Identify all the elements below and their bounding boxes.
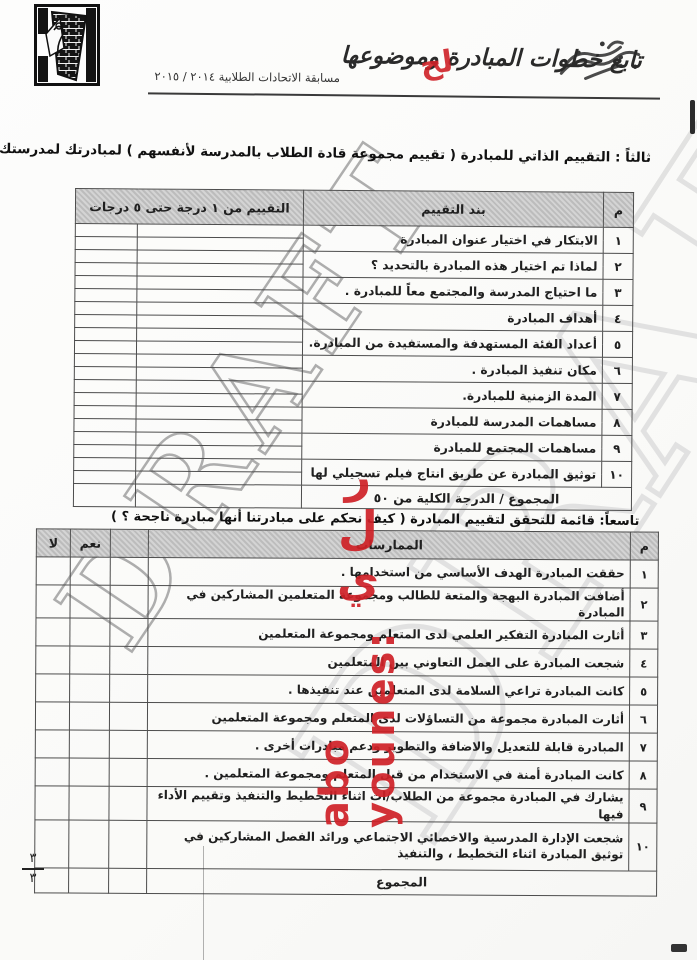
- checklist-row: ١٠شجعت الإدارة المدرسية والاخصائي الاجتم…: [35, 820, 657, 871]
- self-eval-table-body: ١الابتكار في اختيار عنوان المبادرة٢لماذا…: [74, 224, 634, 488]
- eval-item-text: ما احتياج المدرسة والمجتمع معاً للمبادرة…: [303, 277, 603, 305]
- checklist-row: ٣أثارت المبادرة التفكير العلمي لدى المتع…: [36, 618, 658, 649]
- eval-item-text: لماذا تم اختيار هذه المبادرة بالتحديد ؟: [303, 251, 603, 279]
- score-cell[interactable]: [137, 263, 303, 277]
- score-cell[interactable]: [75, 224, 137, 237]
- page-number-top: ٣: [22, 852, 44, 866]
- score-cell[interactable]: [74, 458, 136, 471]
- col-header-number: م: [603, 192, 633, 227]
- score-cell[interactable]: [136, 432, 302, 446]
- header-underline: [148, 92, 660, 99]
- blank-cell[interactable]: [109, 759, 147, 787]
- yes-cell[interactable]: [69, 786, 109, 820]
- practice-text: أثارت المبادرة التفكير العلمي لدى المتعل…: [148, 619, 630, 650]
- score-cell[interactable]: [75, 263, 137, 276]
- row-number: ٧: [629, 733, 657, 761]
- row-number: ٢: [630, 588, 658, 622]
- yes-cell[interactable]: [70, 674, 110, 702]
- table-header-row: م الممارسات نعم لا: [36, 529, 658, 560]
- score-cell[interactable]: [137, 224, 303, 238]
- score-cell[interactable]: [75, 276, 137, 289]
- practice-text: حققت المبادرة الهدف الأساسي من استخدامها…: [148, 557, 630, 588]
- checklist-row: ٥كانت المبادرة تراعي السلامة لدى المتعلم…: [36, 674, 658, 705]
- score-cell[interactable]: [75, 250, 137, 263]
- score-cell[interactable]: [136, 445, 302, 459]
- row-number: ٥: [630, 677, 658, 705]
- score-cell[interactable]: [74, 419, 136, 432]
- no-cell[interactable]: [36, 557, 70, 585]
- score-cell[interactable]: [136, 419, 302, 433]
- col-header-no: لا: [36, 529, 70, 557]
- score-cell[interactable]: [74, 367, 136, 380]
- blank-cell[interactable]: [110, 557, 148, 585]
- blank-cell[interactable]: [110, 675, 148, 703]
- blank-cell[interactable]: [110, 619, 148, 647]
- practice-text: يشارك في المبادرة مجموعة من الطلاب/ات اث…: [147, 787, 629, 823]
- blank-cell[interactable]: [109, 787, 147, 821]
- yes-cell[interactable]: [69, 702, 109, 730]
- scanned-document-page: DRAFT DRAFT: [0, 0, 697, 960]
- practice-text: شجعت المبادرة على العمل التعاوني بين الم…: [148, 647, 630, 678]
- score-cell[interactable]: [74, 432, 136, 445]
- no-cell[interactable]: [36, 618, 70, 646]
- score-cell[interactable]: [137, 315, 303, 329]
- yes-cell[interactable]: [70, 618, 110, 646]
- yes-cell[interactable]: [69, 758, 109, 786]
- row-number: ٩: [602, 435, 632, 461]
- score-cell[interactable]: [136, 393, 302, 407]
- row-number: ١: [603, 227, 633, 253]
- checklist-row: ٦أثارت المبادرة مجموعة من التساؤلات لدى …: [35, 702, 657, 733]
- total-row: المجموع / الدرجة الكلية من ٥٠: [73, 484, 631, 511]
- practice-text: شجعت الإدارة المدرسية والاخصائي الاجتماع…: [147, 820, 629, 871]
- checklist-row: ٨كانت المبادرة أمنة في الاستخدام من قبل …: [35, 758, 657, 789]
- no-cell[interactable]: [35, 758, 69, 786]
- yes-cell[interactable]: [70, 557, 110, 585]
- row-number: ١٠: [629, 823, 657, 871]
- row-number: ٢: [603, 253, 633, 279]
- competition-label: مسابقة الاتحادات الطلابية ٢٠١٤ / ٢٠١٥: [150, 69, 340, 85]
- row-number: ٤: [603, 305, 633, 331]
- yes-cell[interactable]: [69, 730, 109, 758]
- eval-item-text: توثيق المبادرة عن طريق انتاج فيلم تسجيلي…: [302, 459, 602, 487]
- score-cell[interactable]: [74, 380, 136, 393]
- score-cell[interactable]: [137, 302, 303, 316]
- no-cell[interactable]: [35, 730, 69, 758]
- score-cell[interactable]: [136, 458, 302, 472]
- section9-heading: تاسعاً: قائمة للتحقق لتقييم المبادرة ( ك…: [111, 509, 640, 529]
- section3-heading: ثالثاً : التقييم الذاتي للمبادرة ( تقييم…: [0, 140, 651, 166]
- total-label: المجموع / الدرجة الكلية من ٥٠: [301, 485, 631, 510]
- col-header-practices: الممارسات: [148, 529, 630, 560]
- total-label: المجموع: [147, 868, 657, 896]
- col-header-item: بند التقييم: [303, 190, 603, 227]
- score-cell[interactable]: [74, 406, 136, 419]
- practice-text: كانت المبادرة أمنة في الاستخدام من قبل ا…: [147, 759, 629, 790]
- scan-edge-mark: [690, 100, 695, 134]
- page-number: ٣ ٣: [22, 852, 44, 886]
- score-cell[interactable]: [75, 328, 137, 341]
- school-emblem-icon: [34, 4, 100, 90]
- col-header-score: التقييم من ١ درجة حتى ٥ درجات: [75, 189, 303, 226]
- eval-item-text: مكان تنفيذ المبادرة .: [302, 355, 602, 383]
- yes-cell[interactable]: [70, 646, 110, 674]
- total-score-cell[interactable]: [73, 484, 135, 507]
- col-header-yes: نعم: [70, 529, 110, 557]
- blank-cell[interactable]: [110, 585, 148, 619]
- row-number: ٩: [629, 789, 657, 823]
- checklist-row: ٩يشارك في المبادرة مجموعة من الطلاب/ات ا…: [35, 786, 657, 823]
- yes-cell[interactable]: [69, 820, 109, 868]
- page-number-divider: [22, 868, 44, 870]
- row-number: ٦: [629, 705, 657, 733]
- handwritten-title: تابع خطوات المبادرة وموضوعها: [312, 41, 642, 74]
- checklist-table-body: ١حققت المبادرة الهدف الأساسي من استخدامه…: [35, 557, 659, 871]
- score-cell[interactable]: [136, 471, 302, 485]
- row-number: ٥: [602, 331, 632, 357]
- row-number: ٧: [602, 383, 632, 409]
- row-number: ٤: [630, 649, 658, 677]
- row-number: ٦: [602, 357, 632, 383]
- blank-cell[interactable]: [109, 820, 147, 868]
- total-row: المجموع: [35, 868, 657, 896]
- score-cell[interactable]: [74, 341, 136, 354]
- row-number: ٨: [602, 409, 632, 435]
- eval-item-text: أعداد الفئة المستهدفة والمستفيدة من المب…: [302, 329, 602, 357]
- row-number: ١: [630, 560, 658, 588]
- score-cell[interactable]: [75, 315, 137, 328]
- self-evaluation-table: م بند التقييم التقييم من ١ درجة حتى ٥ در…: [73, 188, 634, 511]
- score-cell[interactable]: [74, 354, 136, 367]
- score-cell[interactable]: [137, 237, 303, 251]
- checklist-row: ٢أضافت المبادرة البهجة والمتعة للطالب وم…: [36, 585, 658, 622]
- score-cell[interactable]: [75, 302, 137, 315]
- yes-cell[interactable]: [69, 868, 109, 893]
- checklist-row: ١حققت المبادرة الهدف الأساسي من استخدامه…: [36, 557, 658, 588]
- practice-text: كانت المبادرة تراعي السلامة لدى المتعلمي…: [148, 675, 630, 706]
- blank-cell[interactable]: [109, 868, 147, 893]
- col-header-blank: [110, 529, 148, 557]
- row-number: ١٠: [602, 461, 632, 487]
- score-cell[interactable]: [74, 445, 136, 458]
- eval-item-text: مساهمات المجتمع للمبادرة: [302, 433, 602, 461]
- col-header-number: م: [630, 532, 658, 560]
- score-cell[interactable]: [75, 237, 137, 250]
- no-cell[interactable]: [36, 674, 70, 702]
- checklist-row: ٧المبادرة قابلة للتعديل والاضافة والتطوي…: [35, 730, 657, 761]
- score-cell[interactable]: [74, 471, 136, 484]
- score-cell[interactable]: [75, 289, 137, 302]
- table-header-row: م بند التقييم التقييم من ١ درجة حتى ٥ در…: [75, 189, 633, 228]
- blank-cell[interactable]: [110, 647, 148, 675]
- score-cell[interactable]: [137, 328, 303, 342]
- row-number: ٣: [603, 279, 633, 305]
- score-cell[interactable]: [137, 276, 303, 290]
- total-score-cell[interactable]: [135, 484, 301, 508]
- eval-item-text: الابتكار في اختيار عنوان المبادرة: [303, 225, 603, 253]
- eval-item-text: أهداف المبادرة: [303, 303, 603, 331]
- practice-text: المبادرة قابلة للتعديل والاضافة والتطوير…: [147, 731, 629, 762]
- row-number: ٣: [630, 621, 658, 649]
- score-cell[interactable]: [136, 406, 302, 420]
- page-number-bottom: ٣: [22, 872, 44, 886]
- eval-item-text: المدة الزمنية للمبادرة.: [302, 381, 602, 409]
- yes-cell[interactable]: [70, 585, 110, 619]
- score-cell[interactable]: [74, 393, 136, 406]
- no-cell[interactable]: [35, 786, 69, 820]
- no-cell[interactable]: [36, 646, 70, 674]
- row-number: ٨: [629, 761, 657, 789]
- score-cell[interactable]: [137, 289, 303, 303]
- score-cell[interactable]: [136, 367, 302, 381]
- practice-text: أثارت المبادرة مجموعة من التساؤلات لدى ا…: [147, 703, 629, 734]
- practice-text: أضافت المبادرة البهجة والمتعة للطالب ومج…: [148, 585, 630, 621]
- checklist-row: ٤شجعت المبادرة على العمل التعاوني بين ال…: [36, 646, 658, 677]
- scan-edge-mark: [671, 944, 687, 952]
- checklist-table: م الممارسات نعم لا ١حققت المبادرة الهدف …: [34, 528, 659, 896]
- blank-cell[interactable]: [109, 703, 147, 731]
- scan-fold-line: [203, 846, 204, 960]
- no-cell[interactable]: [36, 585, 70, 619]
- blank-cell[interactable]: [109, 731, 147, 759]
- score-cell[interactable]: [136, 380, 302, 394]
- score-cell[interactable]: [136, 341, 302, 355]
- score-cell[interactable]: [136, 354, 302, 368]
- eval-item-text: مساهمات المدرسة للمبادرة: [302, 407, 602, 435]
- score-cell[interactable]: [137, 250, 303, 264]
- no-cell[interactable]: [35, 702, 69, 730]
